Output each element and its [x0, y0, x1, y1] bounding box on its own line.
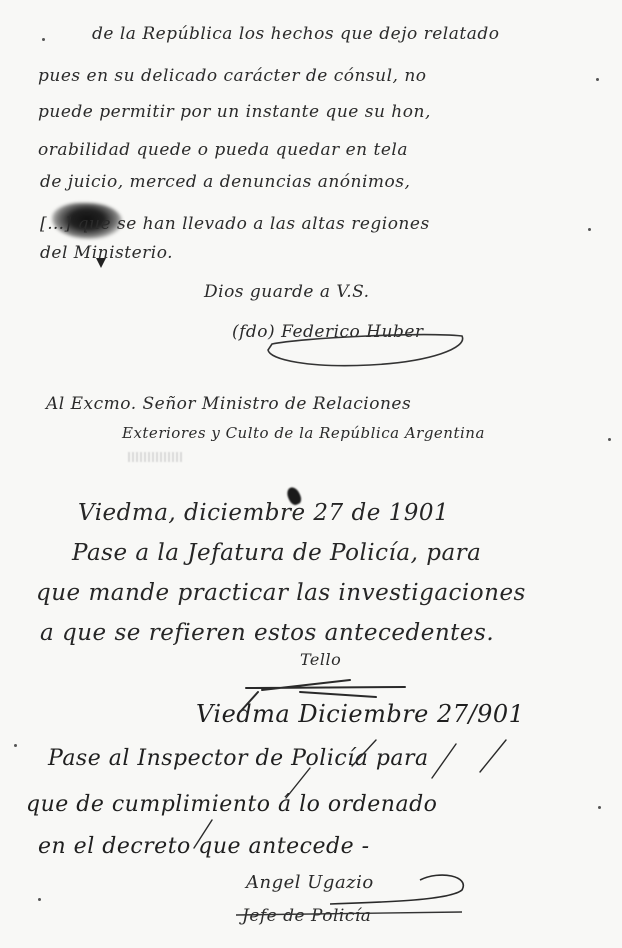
closing-line: Dios guarde a V.S.	[204, 282, 370, 302]
decree-2-line-3: en el decreto que antecede -	[38, 834, 370, 859]
ink-drop	[96, 258, 106, 268]
decree-1-date: Viedma, diciembre 27 de 1901	[78, 500, 449, 526]
body-line-1: de la República los hechos que dejo rela…	[92, 24, 499, 44]
decree-1-line-3: a que se refieren estos antecedentes.	[40, 620, 494, 646]
signature-title: Jefe de Policía	[242, 906, 371, 926]
addressee-line-1: Al Excmo. Señor Ministro de Relaciones	[46, 394, 411, 414]
body-line-7: del Ministerio.	[40, 243, 173, 263]
decree-2-date: Viedma Diciembre 27/901	[196, 700, 524, 728]
speck	[588, 228, 591, 231]
decree-1-initials: Tello	[300, 650, 341, 669]
speck	[596, 78, 599, 81]
body-line-4: orabilidad quede o pueda quedar en tela	[38, 140, 408, 160]
speck	[598, 806, 601, 809]
speck	[608, 438, 611, 441]
faint-mark	[128, 452, 183, 462]
document-page: de la República los hechos que dejo rela…	[0, 0, 622, 948]
speck	[38, 898, 41, 901]
signature-huber: (fdo) Federico Huber	[232, 322, 424, 342]
speck	[14, 744, 17, 747]
body-line-5: de juicio, merced a denuncias anónimos,	[40, 172, 410, 192]
signature-ugazio: Angel Ugazio	[246, 872, 374, 893]
body-line-6: […] que se han llevado a las altas regio…	[40, 214, 430, 234]
decree-2-line-1: Pase al Inspector de Policía para	[48, 746, 429, 771]
speck	[42, 38, 45, 41]
body-line-3: puede permitir por un instante que su ho…	[38, 102, 431, 122]
body-line-2: pues en su delicado carácter de cónsul, …	[38, 66, 427, 86]
decree-1-line-1: Pase a la Jefatura de Policía, para	[72, 540, 481, 566]
decree-2-line-2: que de cumplimiento á lo ordenado	[26, 792, 437, 817]
decree-1-line-2: que mande practicar las investigaciones	[36, 580, 526, 606]
addressee-line-2: Exteriores y Culto de la República Argen…	[122, 424, 485, 442]
